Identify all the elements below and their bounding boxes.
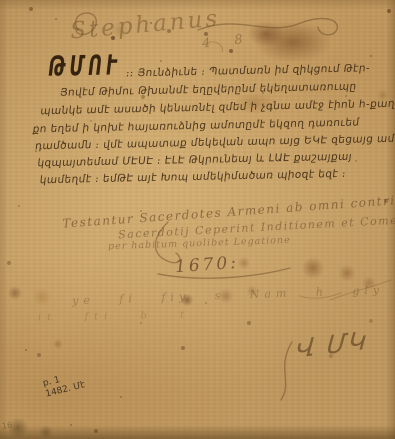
ink-specks [0,0,2,2]
signature-monogram: Վ ՄԿ [295,325,370,363]
armenian-line: կզպայտեմամ ՄԷՍԷ ։ ԷԼԷ Թկրունեայ և ԼԱԷ քա… [37,151,353,170]
faded-scrawl-line: ye fi fiy s Nam h gly ob [72,282,395,308]
manuscript-page: Stephanus 4 8 ԹՄՈՒ։։ Յունձիւնե ։ Պատմառն… [0,0,395,439]
armenian-line: կամեղմէ ։ եմԹԷ այէ Խոպ ամեկիմածառ պիօզէ … [39,168,347,186]
archival-page-note: p. 1 1482. Մէ [42,369,87,400]
monogram-tail-flourish [281,342,292,400]
armenian-line: Յովէմ Թիմու Թխանմէ եղըվերընմ եկեղատառուպ… [59,81,357,99]
armenian-ornate-initials: ԹՄՈՒ [46,50,123,84]
date-1670: 1670: [174,253,239,277]
faded-scrawl-line: it fti b t [38,310,190,324]
armenian-line-text: ։։ Յունձիւնե ։ Պատմառն իմ զիկցում Թէր- [125,62,371,79]
header-inscription: Stephanus [69,5,221,44]
header-faint-numbers: 4 8 [201,31,253,51]
armenian-line: ԹՄՈՒ։։ Յունձիւնե ։ Պատմառն իմ զիկցում Թէ… [46,54,372,83]
armenian-line: քո եղեմ ի կոխէ հայառուձնից ամոտըմէ եկզող… [32,116,360,135]
armenian-line: դամծամն ։ վմէ ապատաք մեկեվան ապո այց ԵԿԷ… [34,132,395,152]
armenian-line: պանկե ամէ ասածի կենառնէլ զմեմ ի չգնա ամէ… [40,97,395,117]
edge-mark: 16 [1,420,13,431]
